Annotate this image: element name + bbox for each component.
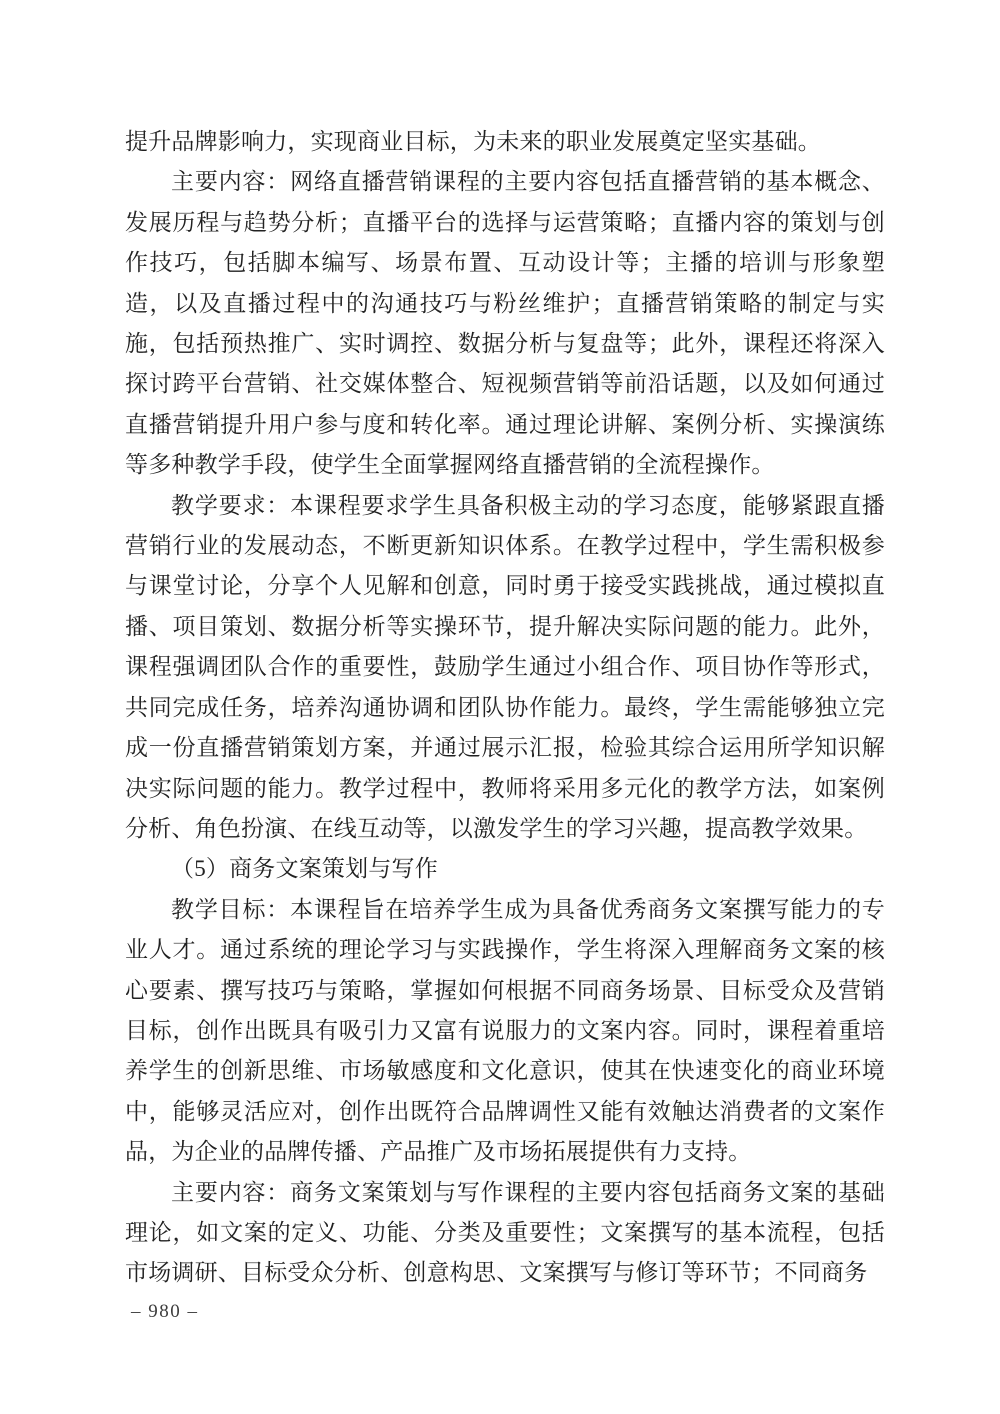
paragraph-main-content-live-marketing: 主要内容：网络直播营销课程的主要内容包括直播营销的基本概念、发展历程与趋势分析；… xyxy=(125,162,885,485)
paragraph-main-content-copywriting: 主要内容：商务文案策划与写作课程的主要内容包括商务文案的基础理论，如文案的定义、… xyxy=(125,1173,885,1294)
page-number: – 980 – xyxy=(131,1301,199,1322)
page-footer: – 980 – xyxy=(131,1299,199,1325)
paragraph-continuation: 提升品牌影响力，实现商业目标，为未来的职业发展奠定坚实基础。 xyxy=(125,122,885,162)
document-page: 提升品牌影响力，实现商业目标，为未来的职业发展奠定坚实基础。 主要内容：网络直播… xyxy=(0,0,1000,1414)
paragraph-teaching-requirements: 教学要求：本课程要求学生具备积极主动的学习态度，能够紧跟直播营销行业的发展动态，… xyxy=(125,486,885,850)
section-heading-business-copywriting: （5）商务文案策划与写作 xyxy=(125,849,885,889)
body-text-block: 提升品牌影响力，实现商业目标，为未来的职业发展奠定坚实基础。 主要内容：网络直播… xyxy=(125,122,885,1294)
paragraph-teaching-objectives: 教学目标：本课程旨在培养学生成为具备优秀商务文案撰写能力的专业人才。通过系统的理… xyxy=(125,890,885,1173)
